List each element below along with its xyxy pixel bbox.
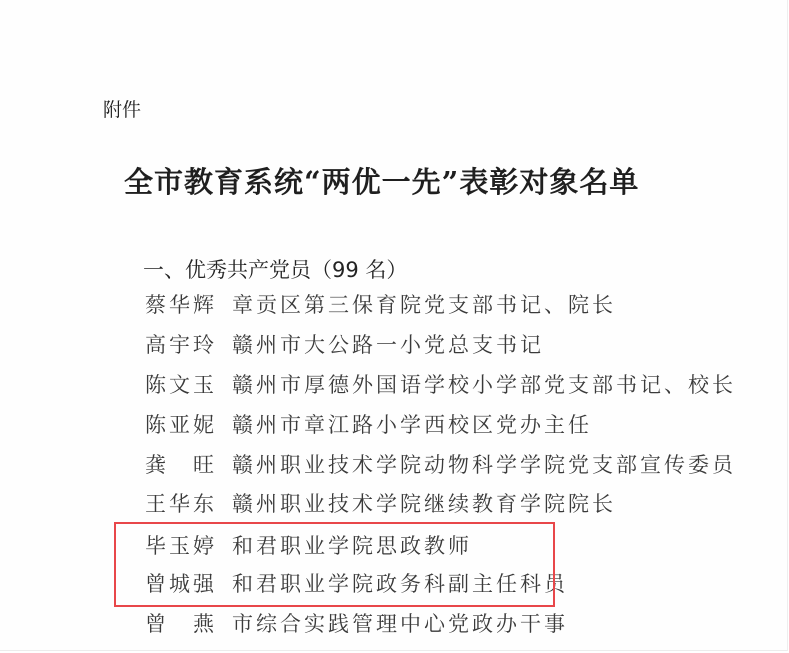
list-item: 蔡华辉章贡区第三保育院党支部书记、院长	[145, 289, 616, 319]
document-page: 附件 全市教育系统“两优一先”表彰对象名单 一、优秀共产党员（99 名） 蔡华辉…	[0, 0, 788, 651]
highlight-box	[114, 522, 555, 607]
entry-name: 龚 旺	[145, 449, 232, 479]
list-item: 曾 燕市综合实践管理中心党政办干事	[145, 608, 568, 638]
document-title: 全市教育系统“两优一先”表彰对象名单	[124, 160, 639, 201]
list-item: 高宇玲赣州市大公路一小党总支书记	[145, 329, 544, 359]
list-item: 王华东赣州职业技术学院继续教育学院院长	[145, 488, 616, 518]
entry-position: 赣州市章江路小学西校区党办主任	[232, 409, 592, 439]
entry-position: 市综合实践管理中心党政办干事	[232, 608, 568, 638]
entry-position: 赣州市厚德外国语学校小学部党支部书记、校长	[232, 369, 736, 399]
entry-position: 赣州职业技术学院继续教育学院院长	[232, 488, 616, 518]
entry-name: 陈亚妮	[145, 409, 232, 439]
entry-name: 曾 燕	[145, 608, 232, 638]
list-item: 陈文玉赣州市厚德外国语学校小学部党支部书记、校长	[145, 369, 736, 399]
entry-name: 蔡华辉	[145, 289, 232, 319]
list-item: 龚 旺赣州职业技术学院动物科学学院党支部宣传委员	[145, 449, 736, 479]
entry-position: 赣州职业技术学院动物科学学院党支部宣传委员	[232, 449, 736, 479]
entry-name: 高宇玲	[145, 329, 232, 359]
entry-name: 陈文玉	[145, 369, 232, 399]
list-item: 陈亚妮赣州市章江路小学西校区党办主任	[145, 409, 592, 439]
entry-name: 王华东	[145, 488, 232, 518]
entry-position: 赣州市大公路一小党总支书记	[232, 329, 544, 359]
attachment-label: 附件	[103, 95, 141, 122]
entry-position: 章贡区第三保育院党支部书记、院长	[232, 289, 616, 319]
section-heading: 一、优秀共产党员（99 名）	[143, 254, 407, 284]
